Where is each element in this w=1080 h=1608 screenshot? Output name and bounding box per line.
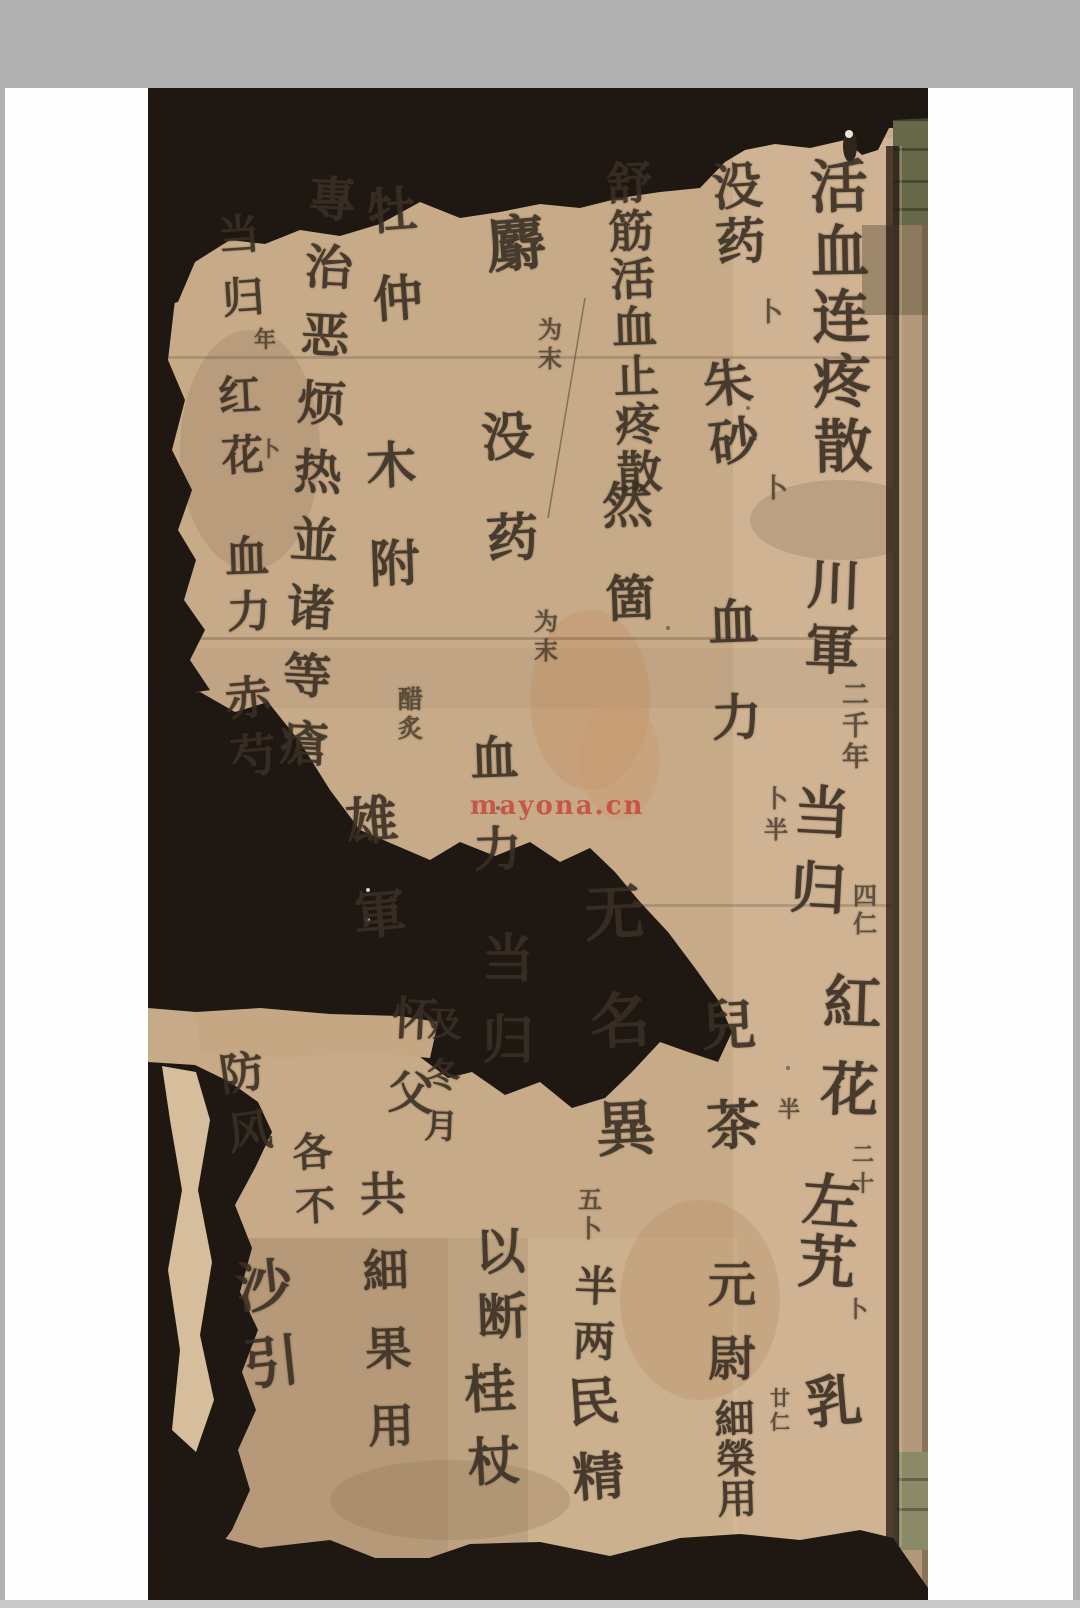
binding-fold-line [886, 146, 899, 1546]
watermark: mayona.cn [470, 791, 644, 821]
manuscript-artwork [148, 88, 928, 1600]
viewer-top-margin [0, 0, 1080, 88]
manuscript-photo [148, 88, 928, 1600]
image-viewer: 活血连疼散没药卜朱砂卜舒筋活血止疼散川軍二千年当归四仁紅花二十左艽卜乳血力卜半兒… [0, 0, 1080, 1608]
paper-crease [148, 356, 893, 359]
paper-crease [148, 637, 893, 640]
viewer-bottom-margin [0, 1600, 1080, 1608]
paper-speck [845, 130, 853, 138]
scan-page [5, 88, 1073, 1600]
